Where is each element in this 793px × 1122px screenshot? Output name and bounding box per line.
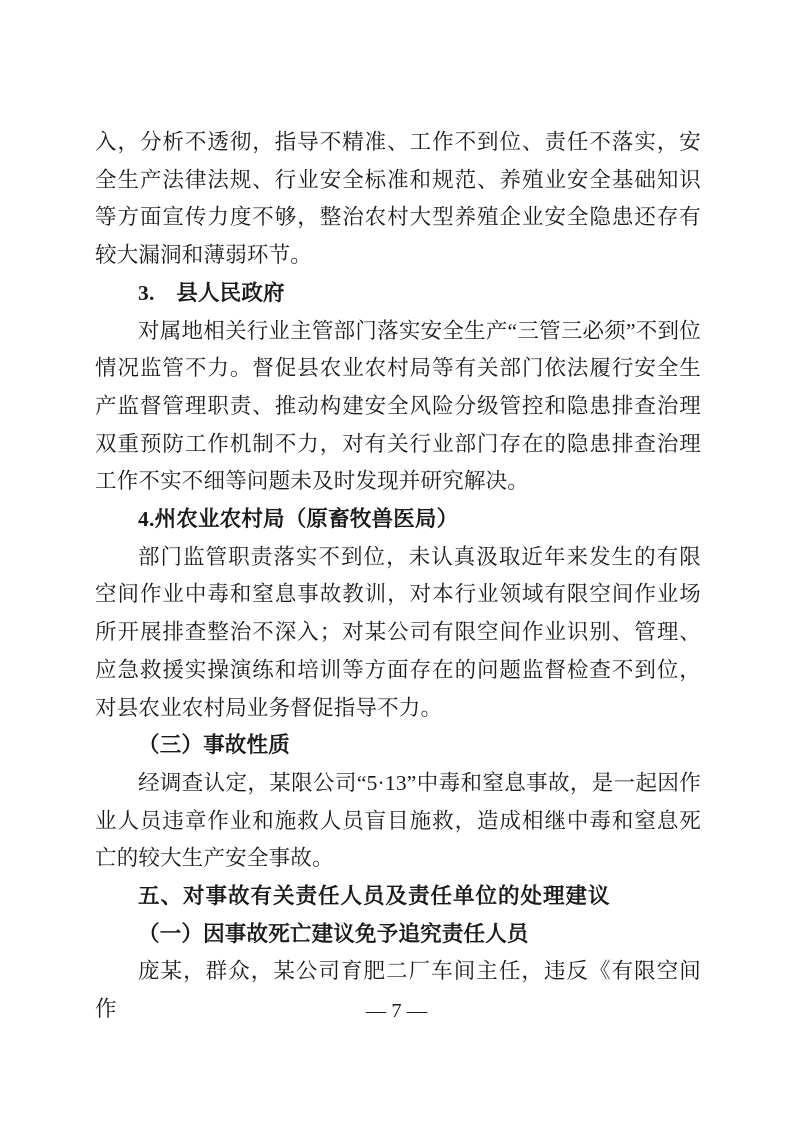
page-number: — 7 — — [0, 997, 793, 1025]
document-body: 入，分析不透彻，指导不精准、工作不到位、责任不落实，安全生产法律法规、行业安全标… — [95, 124, 701, 1029]
document-page: 入，分析不透彻，指导不精准、工作不到位、责任不落实，安全生产法律法规、行业安全标… — [0, 0, 793, 1122]
paragraph-agriculture-bureau: 部门监管职责落实不到位，未认真汲取近年来发生的有限空间作业中毒和窒息事故教训，对… — [95, 539, 701, 728]
paragraph-county-government: 对属地相关行业主管部门落实安全生产“三管三必须”不到位情况监管不力。督促县农业农… — [95, 313, 701, 502]
heading-subsection-one-exempt-persons: （一）因事故死亡建议免予追究责任人员 — [95, 916, 701, 954]
heading-agriculture-bureau: 4.州农业农村局（原畜牧兽医局） — [95, 501, 701, 539]
heading-accident-nature: （三）事故性质 — [95, 727, 701, 765]
paragraph-accident-nature: 经调查认定，某限公司“5·13”中毒和窒息事故，是一起因作业人员违章作业和施救人… — [95, 765, 701, 878]
heading-county-government: 3. 县人民政府 — [95, 275, 701, 313]
paragraph-continuation-overflow: 入，分析不透彻，指导不精准、工作不到位、责任不落实，安全生产法律法规、行业安全标… — [95, 124, 701, 275]
heading-section-five-recommendations: 五、对事故有关责任人员及责任单位的处理建议 — [95, 878, 701, 916]
